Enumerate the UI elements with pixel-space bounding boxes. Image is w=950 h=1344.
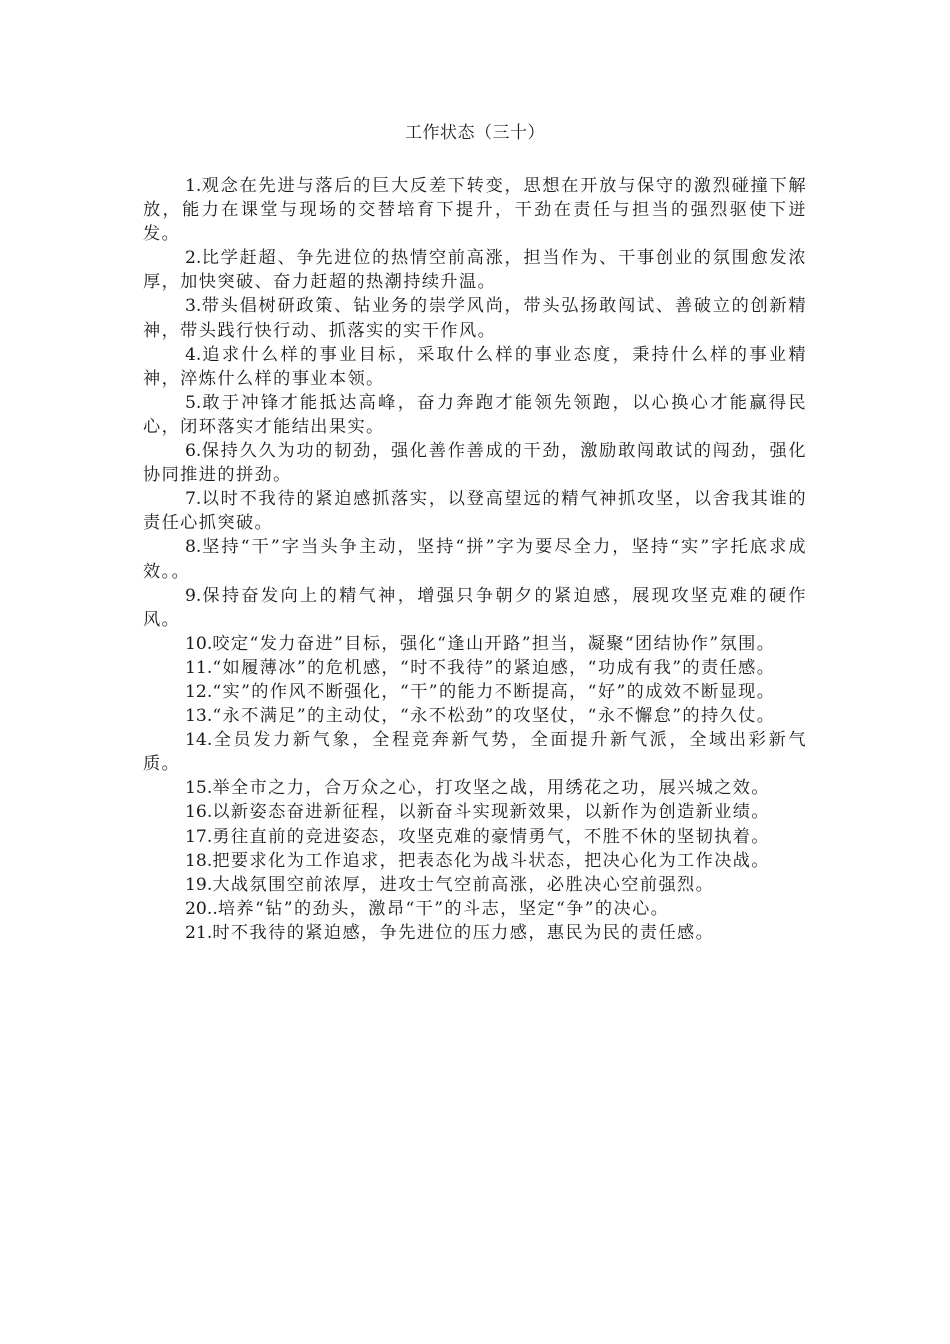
item-number: 12.	[185, 682, 212, 702]
item-number: 9.	[185, 586, 201, 606]
item-number: 2.	[185, 248, 201, 268]
item-number: 20..	[185, 899, 218, 919]
item-text: “实”的作风不断强化，“干”的能力不断提高，“好”的成效不断显现。	[212, 682, 775, 702]
item-number: 7.	[185, 489, 201, 509]
document-page: 工作状态（三十） 1.观念在先进与落后的巨大反差下转变，思想在开放与保守的激烈碰…	[0, 0, 950, 1344]
list-item-3: 3.带头倡树研政策、钻业务的崇学风尚，带头弘扬敢闯试、善破立的创新精神，带头践行…	[143, 294, 807, 342]
item-text: 大战氛围空前浓厚，进攻士气空前高涨，必胜决心空前强烈。	[212, 875, 714, 895]
list-item-10: 10.咬定“发力奋进”目标，强化“逢山开路”担当，凝聚“团结协作”氛围。	[143, 632, 807, 656]
list-item-16: 16.以新姿态奋进新征程，以新奋斗实现新效果，以新作为创造新业绩。	[143, 800, 807, 824]
item-number: 14.	[185, 730, 212, 750]
list-item-8: 8.坚持“干”字当头争主动，坚持“拼”字为要尽全力，坚持“实”字托底求成效。。	[143, 535, 807, 583]
item-number: 8.	[185, 537, 201, 557]
item-number: 11.	[185, 658, 212, 678]
item-text: 坚持“干”字当头争主动，坚持“拼”字为要尽全力，坚持“实”字托底求成效。。	[143, 537, 807, 581]
list-item-4: 4.追求什么样的事业目标，采取什么样的事业态度，秉持什么样的事业精神，淬炼什么样…	[143, 343, 807, 391]
item-text: 举全市之力，合万众之心，打攻坚之战，用绣花之功，展兴城之效。	[212, 778, 770, 798]
list-item-20: 20..培养“钻”的劲头，激昂“干”的斗志，坚定“争”的决心。	[143, 897, 807, 921]
list-item-11: 11.“如履薄冰”的危机感，“时不我待”的紧迫感，“功成有我”的责任感。	[143, 656, 807, 680]
item-number: 13.	[185, 706, 212, 726]
item-text: 带头倡树研政策、钻业务的崇学风尚，带头弘扬敢闯试、善破立的创新精神，带头践行快行…	[143, 296, 807, 340]
item-text: 以新姿态奋进新征程，以新奋斗实现新效果，以新作为创造新业绩。	[212, 802, 770, 822]
item-text: 保持奋发向上的精气神，增强只争朝夕的紧迫感，展现攻坚克难的硬作风。	[143, 586, 807, 630]
item-text: 全员发力新气象，全程竞奔新气势，全面提升新气派，全域出彩新气质。	[143, 730, 807, 774]
item-number: 19.	[185, 875, 212, 895]
item-text: “永不满足”的主动仗，“永不松劲”的攻坚仗，“永不懈怠”的持久仗。	[212, 706, 775, 726]
item-text: 时不我待的紧迫感，争先进位的压力感，惠民为民的责任感。	[212, 923, 714, 943]
item-number: 3.	[185, 296, 201, 316]
item-number: 18.	[185, 851, 212, 871]
list-item-18: 18.把要求化为工作追求，把表态化为战斗状态，把决心化为工作决战。	[143, 849, 807, 873]
list-item-19: 19.大战氛围空前浓厚，进攻士气空前高涨，必胜决心空前强烈。	[143, 873, 807, 897]
item-number: 15.	[185, 778, 212, 798]
list-item-21: 21.时不我待的紧迫感，争先进位的压力感，惠民为民的责任感。	[143, 921, 807, 945]
item-text: 敢于冲锋才能抵达高峰，奋力奔跑才能领先领跑，以心换心才能赢得民心，闭环落实才能结…	[143, 393, 807, 437]
list-item-6: 6.保持久久为功的韧劲，强化善作善成的干劲，激励敢闯敢试的闯劲，强化协同推进的拼…	[143, 439, 807, 487]
item-text: “如履薄冰”的危机感，“时不我待”的紧迫感，“功成有我”的责任感。	[212, 658, 775, 678]
item-number: 17.	[185, 827, 212, 847]
item-text: 比学赶超、争先进位的热情空前高涨，担当作为、干事创业的氛围愈发浓厚，加快突破、奋…	[143, 248, 807, 292]
item-text: 保持久久为功的韧劲，强化善作善成的干劲，激励敢闯敢试的闯劲，强化协同推进的拼劲。	[143, 441, 807, 485]
item-text: 培养“钻”的劲头，激昂“干”的斗志，坚定“争”的决心。	[218, 899, 669, 919]
item-text: 追求什么样的事业目标，采取什么样的事业态度，秉持什么样的事业精神，淬炼什么样的事…	[143, 345, 807, 389]
item-number: 6.	[185, 441, 201, 461]
item-number: 4.	[185, 345, 201, 365]
list-item-1: 1.观念在先进与落后的巨大反差下转变，思想在开放与保守的激烈碰撞下解放，能力在课…	[143, 174, 807, 246]
list-item-12: 12.“实”的作风不断强化，“干”的能力不断提高，“好”的成效不断显现。	[143, 680, 807, 704]
list-item-7: 7.以时不我待的紧迫感抓落实，以登高望远的精气神抓攻坚，以舍我其谁的责任心抓突破…	[143, 487, 807, 535]
item-text: 勇往直前的竞进姿态，攻坚克难的豪情勇气，不胜不休的坚韧执着。	[212, 827, 770, 847]
item-text: 以时不我待的紧迫感抓落实，以登高望远的精气神抓攻坚，以舍我其谁的责任心抓突破。	[143, 489, 807, 533]
item-text: 咬定“发力奋进”目标，强化“逢山开路”担当，凝聚“团结协作”氛围。	[212, 634, 775, 654]
item-number: 10.	[185, 634, 212, 654]
item-number: 5.	[185, 393, 201, 413]
document-body: 1.观念在先进与落后的巨大反差下转变，思想在开放与保守的激烈碰撞下解放，能力在课…	[143, 174, 807, 945]
item-text: 观念在先进与落后的巨大反差下转变，思想在开放与保守的激烈碰撞下解放，能力在课堂与…	[143, 176, 807, 244]
list-item-5: 5.敢于冲锋才能抵达高峰，奋力奔跑才能领先领跑，以心换心才能赢得民心，闭环落实才…	[143, 391, 807, 439]
document-title: 工作状态（三十）	[0, 121, 950, 145]
list-item-17: 17.勇往直前的竞进姿态，攻坚克难的豪情勇气，不胜不休的坚韧执着。	[143, 825, 807, 849]
item-number: 21.	[185, 923, 212, 943]
list-item-13: 13.“永不满足”的主动仗，“永不松劲”的攻坚仗，“永不懈怠”的持久仗。	[143, 704, 807, 728]
item-number: 16.	[185, 802, 212, 822]
list-item-2: 2.比学赶超、争先进位的热情空前高涨，担当作为、干事创业的氛围愈发浓厚，加快突破…	[143, 246, 807, 294]
item-text: 把要求化为工作追求，把表态化为战斗状态，把决心化为工作决战。	[212, 851, 770, 871]
list-item-14: 14.全员发力新气象，全程竞奔新气势，全面提升新气派，全域出彩新气质。	[143, 728, 807, 776]
item-number: 1.	[185, 176, 201, 196]
list-item-9: 9.保持奋发向上的精气神，增强只争朝夕的紧迫感，展现攻坚克难的硬作风。	[143, 584, 807, 632]
list-item-15: 15.举全市之力，合万众之心，打攻坚之战，用绣花之功，展兴城之效。	[143, 776, 807, 800]
